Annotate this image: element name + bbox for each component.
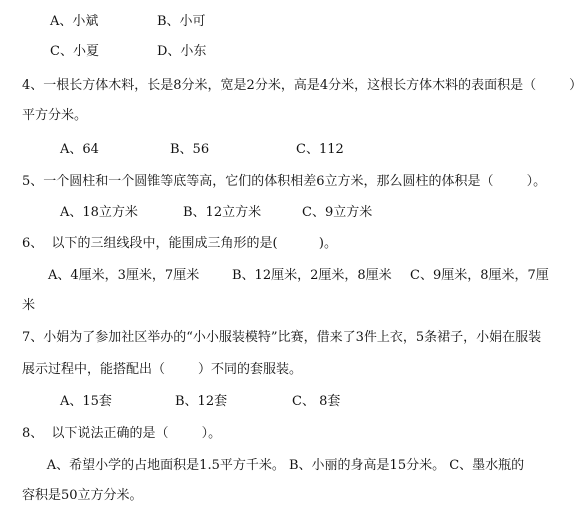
q6-option-c-wrap: 米 — [22, 298, 35, 314]
prev-option-c: C、小夏 — [50, 44, 99, 60]
q4-option-c: C、112 — [296, 142, 344, 158]
q6-option-a: A、4厘米，3厘米，7厘米 — [48, 268, 199, 284]
question-8-options: A、希望小学的占地面积是1.5平方千米。 B、小丽的身高是15分米。 C、墨水瓶… — [22, 458, 524, 474]
q7-option-b: B、12套 — [175, 394, 227, 410]
prev-option-a: A、小斌 — [50, 14, 98, 30]
question-6-text: 6、 以下的三组线段中，能围成三角形的是( )。 — [22, 236, 337, 252]
q4-option-a: A、64 — [60, 142, 99, 158]
question-4-text: 4、一根长方体木料，长是8分米，宽是2分米，高是4分米，这根长方体木料的表面积是… — [22, 78, 582, 94]
question-7-text: 7、小娟为了参加社区举办的“小小服装模特”比赛，借来了3件上衣，5条裙子，小娟在… — [22, 330, 541, 346]
question-8-text: 8、 以下说法正确的是（ ）。 — [22, 426, 221, 442]
q6-option-c: C、9厘米，8厘米，7厘 — [410, 268, 549, 284]
question-8-options-cont: 容积是50立方分米。 — [22, 488, 143, 504]
q7-option-c: C、 8套 — [292, 394, 340, 410]
question-5-text: 5、一个圆柱和一个圆锥等底等高，它们的体积相差6立方米，那么圆柱的体积是（ ）。 — [22, 174, 546, 190]
prev-option-b: B、小可 — [157, 14, 206, 30]
question-4-text-cont: 平方分米。 — [22, 108, 87, 124]
q6-option-b: B、12厘米，2厘米，8厘米 — [232, 268, 392, 284]
q5-option-c: C、9立方米 — [302, 205, 372, 221]
q5-option-b: B、12立方米 — [183, 205, 261, 221]
prev-option-d: D、小东 — [157, 44, 206, 60]
question-7-text-cont: 展示过程中，能搭配出（ ）不同的套服装。 — [22, 362, 302, 378]
q5-option-a: A、18立方米 — [60, 205, 138, 221]
q7-option-a: A、15套 — [60, 394, 112, 410]
q4-option-b: B、56 — [170, 142, 209, 158]
